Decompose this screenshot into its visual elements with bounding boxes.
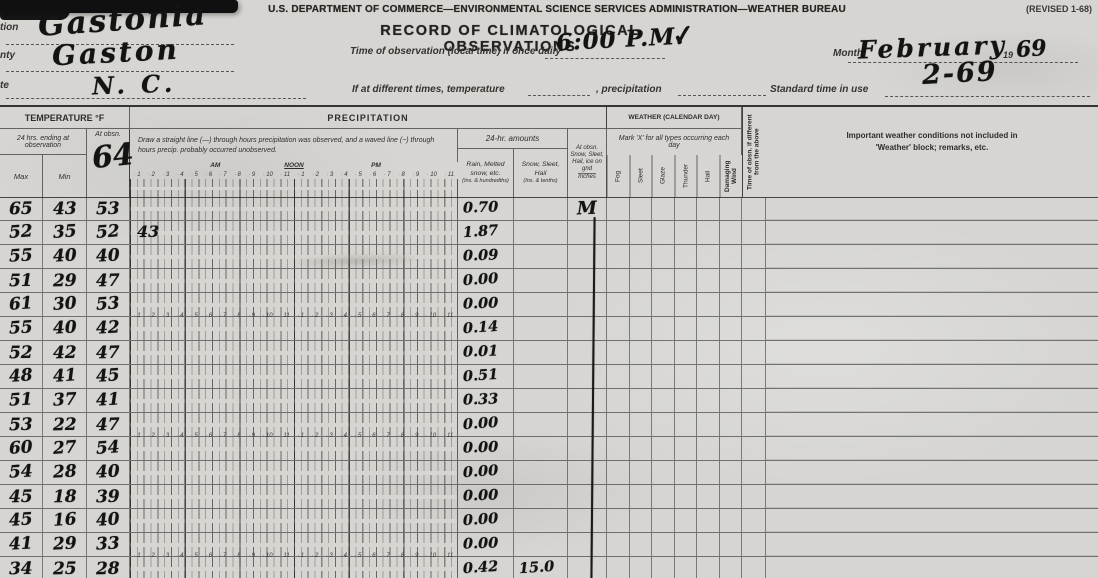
snow-amount-cell: [514, 293, 568, 316]
standard-time-value: 2-69: [921, 56, 998, 91]
min-temp-value: 30: [52, 295, 77, 314]
precipitation-group-header: PRECIPITATION: [130, 107, 607, 129]
time-of-obsn-cell: [742, 365, 766, 388]
sleet-cell: [630, 197, 653, 220]
department-line: U.S. DEPARTMENT OF COMMERCE—ENVIRONMENTA…: [232, 4, 882, 15]
damaging-wind-cell: [720, 413, 743, 436]
rain-amount-cell: 0.00: [458, 269, 514, 292]
min-temp-cell: 30: [43, 293, 87, 316]
table-row: 48 41 45 12345678910111234567891011 0.51: [0, 365, 1098, 389]
obs-temp-value: 42: [96, 319, 121, 337]
min-temp-cell: 29: [43, 269, 87, 292]
fog-cell: [607, 557, 630, 578]
max-temp-cell: 61: [0, 293, 43, 316]
ground-snow-cell: [568, 317, 607, 340]
table-row: 45 18 39 12345678910111234567891011 0.00: [0, 485, 1098, 509]
glaze-cell: [652, 221, 675, 244]
glaze-cell: [652, 437, 675, 460]
max-temp-value: 60: [9, 439, 34, 458]
obs-temp-value: 47: [96, 417, 120, 434]
snow-amount-cell: [514, 245, 568, 268]
glaze-cell: [652, 461, 675, 484]
hour-numbers: 12345678910111234567891011: [130, 171, 458, 179]
max-temp-cell: 45: [0, 509, 43, 532]
ground-snow-cell: [568, 437, 607, 460]
fog-cell: [607, 437, 630, 460]
max-temp-cell: 54: [0, 461, 43, 484]
max-temp-value: 45: [9, 511, 34, 530]
rain-amount-cell: 0.00: [458, 509, 514, 532]
thunder-cell: [675, 269, 698, 292]
weather-group-header: WEATHER (CALENDAR DAY): [607, 107, 742, 129]
remarks-header-line2: 'Weather' block; remarks, etc.: [876, 142, 989, 154]
precip-timeline-cell: 12345678910111234567891011: [130, 437, 458, 460]
thunder-cell: [675, 389, 698, 412]
max-temp-cell: 51: [0, 389, 43, 412]
fog-cell: [607, 413, 630, 436]
ground-header-lines: Snow, Sleet, Hail, ice on gnd: [569, 152, 605, 174]
obs-temp-value: 39: [96, 489, 120, 506]
min-temp-cell: 22: [43, 413, 87, 436]
min-temp-value: 42: [53, 345, 77, 362]
min-temp-value: 43: [53, 201, 77, 218]
min-temp-cell: 41: [43, 365, 87, 388]
glaze-cell: [652, 293, 675, 316]
ground-snow-cell: [568, 245, 607, 268]
obs-temp-cell: 39: [87, 485, 130, 508]
precip-timeline-cell: 12345678910111234567891011: [130, 509, 458, 532]
rain-amount-cell: 0.00: [458, 533, 514, 556]
hail-column-header: Hail: [697, 155, 720, 197]
hail-cell: [697, 269, 720, 292]
sleet-cell: [630, 509, 653, 532]
max-temp-value: 54: [9, 463, 34, 481]
precip-timeline-cell: 12345678910111234567891011: [130, 461, 458, 484]
table-row: 45 16 40 12345678910111234567891011 0.00: [0, 509, 1098, 533]
sleet-cell: [630, 269, 653, 292]
rain-amount-cell: 0.33: [458, 389, 514, 412]
max-temp-value: 65: [9, 201, 33, 218]
remarks-cell: [766, 365, 1098, 388]
fog-cell: [607, 317, 630, 340]
time-of-obsn-cell: [742, 509, 766, 532]
hour-numbers-strip: 12345678910111234567891011: [130, 311, 457, 320]
max-temp-value: 51: [9, 391, 34, 409]
remarks-cell: [766, 485, 1098, 508]
max-temp-value: 48: [9, 367, 34, 386]
rain-amount-value: 0.33: [463, 393, 499, 409]
thunder-cell: [675, 197, 698, 220]
thunder-cell: [675, 509, 698, 532]
snow-amount-cell: [514, 533, 568, 556]
weather-sub-header: Mark 'X' for all types occurring each da…: [607, 129, 742, 155]
rain-amount-cell: 0.00: [458, 461, 514, 484]
ground-snow-cell: [568, 533, 607, 556]
min-temp-value: 27: [52, 439, 77, 458]
precip-timeline-cell: 12345678910111234567891011: [130, 341, 458, 364]
time-of-obsn-column-header: Time of obsn. if different from the abov…: [742, 107, 766, 197]
state-label: te: [0, 80, 9, 91]
glaze-cell: [652, 365, 675, 388]
snow-amount-cell: [514, 365, 568, 388]
thunder-cell: [675, 557, 698, 578]
thunder-cell: [675, 413, 698, 436]
time-of-obsn-cell: [742, 293, 766, 316]
obs-temp-cell: 53: [87, 293, 130, 316]
ground-snow-cell: [568, 509, 607, 532]
damaging-wind-cell: [720, 317, 743, 340]
obs-temp-cell: 40: [87, 509, 130, 532]
damaging-wind-cell: [720, 509, 743, 532]
sleet-cell: [630, 341, 653, 364]
table-row: 34 25 28 12345678910111234567891011 0.42…: [0, 557, 1098, 578]
precip-timeline-cell: 12345678910111234567891011: [130, 485, 458, 508]
min-temp-value: 41: [52, 367, 77, 386]
noon-label: NOON: [284, 162, 304, 169]
rain-amount-value: 0.00: [463, 537, 499, 553]
max-temp-value: 41: [9, 535, 34, 553]
remarks-cell: [766, 221, 1098, 244]
rain-amount-value: 0.00: [463, 272, 499, 289]
time-blank-line: [545, 58, 665, 59]
table-row: 53 22 47 12345678910111234567891011 0.00: [0, 413, 1098, 437]
revision-note: (REVISED 1-68): [1026, 4, 1092, 14]
ground-snow-cell: [568, 461, 607, 484]
ground-snow-cell: [568, 389, 607, 412]
table-row: 60 27 54 12345678910111234567891011 0.00: [0, 437, 1098, 461]
min-temp-value: 28: [52, 463, 77, 481]
sleet-cell: [630, 389, 653, 412]
rain-amount-cell: 0.00: [458, 293, 514, 316]
scanned-weather-form: U.S. DEPARTMENT OF COMMERCE—ENVIRONMENTA…: [0, 0, 1098, 578]
glaze-cell: [652, 509, 675, 532]
min-temp-cell: 28: [43, 461, 87, 484]
precip-timeline-cell: 12345678910111234567891011: [130, 365, 458, 388]
rain-header-text: Rain, Melted snow, etc.: [459, 161, 512, 178]
snow-header-text: Snow, Sleet, Hail: [515, 161, 566, 178]
table-row: 61 30 53 12345678910111234567891011 0.00: [0, 293, 1098, 317]
min-temp-value: 25: [53, 561, 77, 578]
precip-timeline-cell: 43 12345678910111234567891011: [130, 221, 458, 244]
snow-amount-cell: [514, 197, 568, 220]
ground-snow-cell: [568, 485, 607, 508]
obs-temp-cell: 54: [87, 437, 130, 460]
time-of-obsn-cell: [742, 317, 766, 340]
obs-temp-value: 47: [96, 273, 120, 290]
remarks-cell: [766, 245, 1098, 268]
hail-cell: [697, 389, 720, 412]
snow-amount-cell: [514, 317, 568, 340]
ground-snow-cell: [568, 413, 607, 436]
snow-amount-value: 15.0: [519, 560, 555, 577]
remarks-cell: [766, 437, 1098, 460]
obs-temp-cell: 41: [87, 389, 130, 412]
precip-timeline-cell: 12345678910111234567891011: [130, 533, 458, 556]
table-row: 55 40 40 12345678910111234567891011 0.09: [0, 245, 1098, 269]
obs-temp-cell: 42: [87, 317, 130, 340]
glaze-cell: [652, 269, 675, 292]
rain-amount-value: 0.42: [463, 560, 499, 577]
min-temp-value: 40: [52, 319, 77, 337]
glaze-column-header: Glaze: [652, 155, 675, 197]
remarks-cell: [766, 197, 1098, 220]
glaze-cell: [652, 341, 675, 364]
sleet-cell: [630, 317, 653, 340]
max-temp-cell: 55: [0, 317, 43, 340]
rain-amount-value: 0.00: [463, 489, 499, 505]
obs-temp-value: 52: [96, 223, 121, 242]
remarks-cell: [766, 341, 1098, 364]
obs-temp-value: 40: [96, 247, 121, 265]
time-of-obsn-cell: [742, 461, 766, 484]
hail-cell: [697, 413, 720, 436]
ground-column-header: At obsn. Snow, Sleet, Hail, ice on gnd I…: [568, 129, 607, 197]
obs-temp-cell: 47: [87, 413, 130, 436]
snow-amount-cell: [514, 389, 568, 412]
max-temp-cell: 60: [0, 437, 43, 460]
max-temp-cell: 52: [0, 341, 43, 364]
hour-numbers-strip: 12345678910111234567891011: [130, 551, 457, 560]
ground-snow-cell: [568, 557, 607, 578]
obs-temp-value: 53: [96, 201, 120, 218]
glaze-cell: [652, 557, 675, 578]
sleet-cell: [630, 485, 653, 508]
rain-column-header: Rain, Melted snow, etc. (Ins. & hundredt…: [458, 149, 514, 197]
min-temp-value: 40: [52, 247, 77, 265]
min-temp-cell: 42: [43, 341, 87, 364]
precip-timeline-cell: 12345678910111234567891011: [130, 293, 458, 316]
min-temp-value: 35: [52, 223, 77, 242]
sleet-cell: [630, 557, 653, 578]
remarks-cell: [766, 533, 1098, 556]
sleet-cell: [630, 413, 653, 436]
min-temp-cell: 27: [43, 437, 87, 460]
fog-cell: [607, 221, 630, 244]
snow-amount-cell: [514, 485, 568, 508]
fog-cell: [607, 389, 630, 412]
ground-snow-value: M: [577, 199, 598, 218]
precip-timeline-cell: 12345678910111234567891011: [130, 197, 458, 220]
rain-amount-cell: 0.42: [458, 557, 514, 578]
ground-snow-cell: M: [568, 197, 607, 220]
damaging-wind-cell: [720, 293, 743, 316]
hail-cell: [697, 365, 720, 388]
snow-amount-cell: [514, 341, 568, 364]
thunder-cell: [675, 341, 698, 364]
sleet-cell: [630, 533, 653, 556]
max-temp-cell: 52: [0, 221, 43, 244]
max-temp-value: 45: [9, 489, 33, 506]
damaging-wind-cell: [720, 557, 743, 578]
at-obsn-handwritten-64: 64: [90, 137, 135, 176]
hail-cell: [697, 197, 720, 220]
damaging-wind-cell: [720, 197, 743, 220]
obs-temp-value: 33: [96, 535, 121, 553]
remarks-header-line1: Important weather conditions not include…: [846, 130, 1017, 142]
time-of-obsn-cell: [742, 245, 766, 268]
max-temp-cell: 45: [0, 485, 43, 508]
thunder-cell: [675, 461, 698, 484]
sleet-cell: [630, 293, 653, 316]
glaze-cell: [652, 485, 675, 508]
obs-temp-cell: 47: [87, 269, 130, 292]
temperature-blank-line: [528, 95, 590, 96]
table-row: 51 29 47 12345678910111234567891011 0.00: [0, 269, 1098, 293]
standard-time-label: Standard time in use: [770, 84, 868, 95]
snow-amount-cell: [514, 461, 568, 484]
year-value: 69: [1015, 35, 1047, 63]
rain-amount-value: 0.00: [463, 416, 499, 433]
obs-temp-value: 40: [96, 511, 121, 530]
time-of-obsn-cell: [742, 557, 766, 578]
min-temp-cell: 35: [43, 221, 87, 244]
damaging-wind-cell: [720, 533, 743, 556]
obs-temp-cell: 40: [87, 245, 130, 268]
table-row: 41 29 33 12345678910111234567891011 0.00: [0, 533, 1098, 557]
ground-snow-cell: [568, 221, 607, 244]
obs-temp-cell: 52: [87, 221, 130, 244]
hail-cell: [697, 485, 720, 508]
glaze-cell: [652, 317, 675, 340]
max-temp-value: 52: [9, 223, 34, 242]
thunder-cell: [675, 365, 698, 388]
precip-timeline-cell: 12345678910111234567891011: [130, 557, 458, 578]
time-of-obsn-cell: [742, 341, 766, 364]
hail-cell: [697, 341, 720, 364]
timeline-handwritten-note: 43: [137, 222, 159, 241]
max-temp-value: 53: [9, 417, 33, 434]
state-blank-line: [6, 98, 306, 99]
min-temp-cell: 16: [43, 509, 87, 532]
damaging-wind-cell: [720, 365, 743, 388]
hail-cell: [697, 293, 720, 316]
max-temp-cell: 48: [0, 365, 43, 388]
thunder-column-header: Thunder: [675, 155, 698, 197]
hail-cell: [697, 461, 720, 484]
rain-amount-cell: 1.87: [458, 221, 514, 244]
damaging-wind-cell: [720, 389, 743, 412]
damaging-wind-cell: [720, 461, 743, 484]
table-row: 54 28 40 12345678910111234567891011 0.00: [0, 461, 1098, 485]
fog-cell: [607, 269, 630, 292]
damaging-wind-cell: [720, 221, 743, 244]
damaging-wind-cell: [720, 269, 743, 292]
rain-amount-value: 0.00: [463, 441, 499, 457]
min-column-header: Min: [43, 155, 87, 197]
fog-cell: [607, 341, 630, 364]
remarks-cell: [766, 293, 1098, 316]
snow-amount-cell: [514, 269, 568, 292]
time-of-obsn-cell: [742, 269, 766, 292]
obs-temp-value: 54: [96, 439, 121, 458]
sleet-cell: [630, 221, 653, 244]
rain-amount-value: 0.01: [463, 345, 499, 361]
time-of-obsn-cell: [742, 389, 766, 412]
am-label: AM: [210, 162, 220, 169]
rain-amount-value: 0.14: [463, 320, 499, 337]
precip-timeline-cell: 12345678910111234567891011: [130, 269, 458, 292]
rain-amount-value: 0.00: [463, 464, 499, 481]
station-label: tion: [0, 22, 18, 33]
precip-timeline-cell: 12345678910111234567891011: [130, 317, 458, 340]
precip-instruction: Draw a straight line (—) through hours p…: [130, 129, 458, 162]
min-temp-cell: 37: [43, 389, 87, 412]
rain-amount-cell: 0.00: [458, 413, 514, 436]
precip-timeline-cell: 12345678910111234567891011: [130, 389, 458, 412]
max-temp-cell: 55: [0, 245, 43, 268]
thunder-cell: [675, 485, 698, 508]
fog-column-header: Fog: [607, 155, 630, 197]
table-row: 51 37 41 12345678910111234567891011 0.33: [0, 389, 1098, 413]
thunder-cell: [675, 317, 698, 340]
temp-24hr-sub-header: 24 hrs. ending at observation: [0, 129, 87, 155]
sleet-cell: [630, 365, 653, 388]
snow-units-text: (Ins. & tenths): [523, 178, 557, 185]
max-temp-value: 51: [9, 273, 33, 290]
precipitation-label: , precipitation: [596, 84, 662, 95]
time-of-observation-label: Time of observation (local time) if once…: [350, 46, 561, 57]
sleet-cell: [630, 461, 653, 484]
fog-cell: [607, 197, 630, 220]
remarks-cell: [766, 317, 1098, 340]
max-temp-cell: 41: [0, 533, 43, 556]
obs-temp-value: 28: [96, 561, 120, 578]
rain-amount-cell: 0.00: [458, 485, 514, 508]
rain-units-text: (Ins. & hundredths): [462, 178, 509, 185]
temperature-group-header: TEMPERATURE °F: [0, 107, 130, 129]
glaze-cell: [652, 413, 675, 436]
rain-amount-cell: 0.00: [458, 437, 514, 460]
max-temp-cell: 53: [0, 413, 43, 436]
fog-cell: [607, 365, 630, 388]
thunder-cell: [675, 245, 698, 268]
hour-tick-scale: [130, 179, 458, 197]
glaze-cell: [652, 389, 675, 412]
rain-amount-value: 0.70: [463, 201, 499, 217]
obs-temp-cell: 45: [87, 365, 130, 388]
time-of-obsn-cell: [742, 485, 766, 508]
sleet-cell: [630, 437, 653, 460]
different-times-label: If at different times, temperature: [352, 84, 505, 95]
amounts-group-header: 24-hr. amounts: [458, 129, 568, 149]
obs-temp-cell: 40: [87, 461, 130, 484]
remarks-column-header: Important weather conditions not include…: [766, 125, 1098, 159]
ground-snow-cell: [568, 269, 607, 292]
hail-cell: [697, 245, 720, 268]
table-header: TEMPERATURE °F PRECIPITATION WEATHER (CA…: [0, 107, 1098, 198]
max-temp-value: 55: [9, 319, 34, 337]
obs-temp-cell: 28: [87, 557, 130, 578]
glaze-cell: [652, 533, 675, 556]
standard-time-blank-line: [885, 96, 1090, 97]
thunder-cell: [675, 533, 698, 556]
sleet-cell: [630, 245, 653, 268]
max-temp-cell: 51: [0, 269, 43, 292]
table-row: 65 43 53 12345678910111234567891011 0.70…: [0, 197, 1098, 221]
thunder-cell: [675, 437, 698, 460]
table-row: 52 35 52 43 12345678910111234567891011 1…: [0, 221, 1098, 245]
glaze-cell: [652, 245, 675, 268]
max-temp-value: 61: [9, 295, 34, 314]
remarks-cell: [766, 461, 1098, 484]
table-row: 55 40 42 12345678910111234567891011 0.14: [0, 317, 1098, 341]
ground-units-text: Inches: [578, 173, 596, 181]
thunder-cell: [675, 293, 698, 316]
snow-column-header: Snow, Sleet, Hail (Ins. & tenths): [514, 149, 568, 197]
time-of-obsn-cell: [742, 437, 766, 460]
sleet-column-header: Sleet: [630, 155, 653, 197]
min-temp-value: 22: [53, 417, 77, 434]
